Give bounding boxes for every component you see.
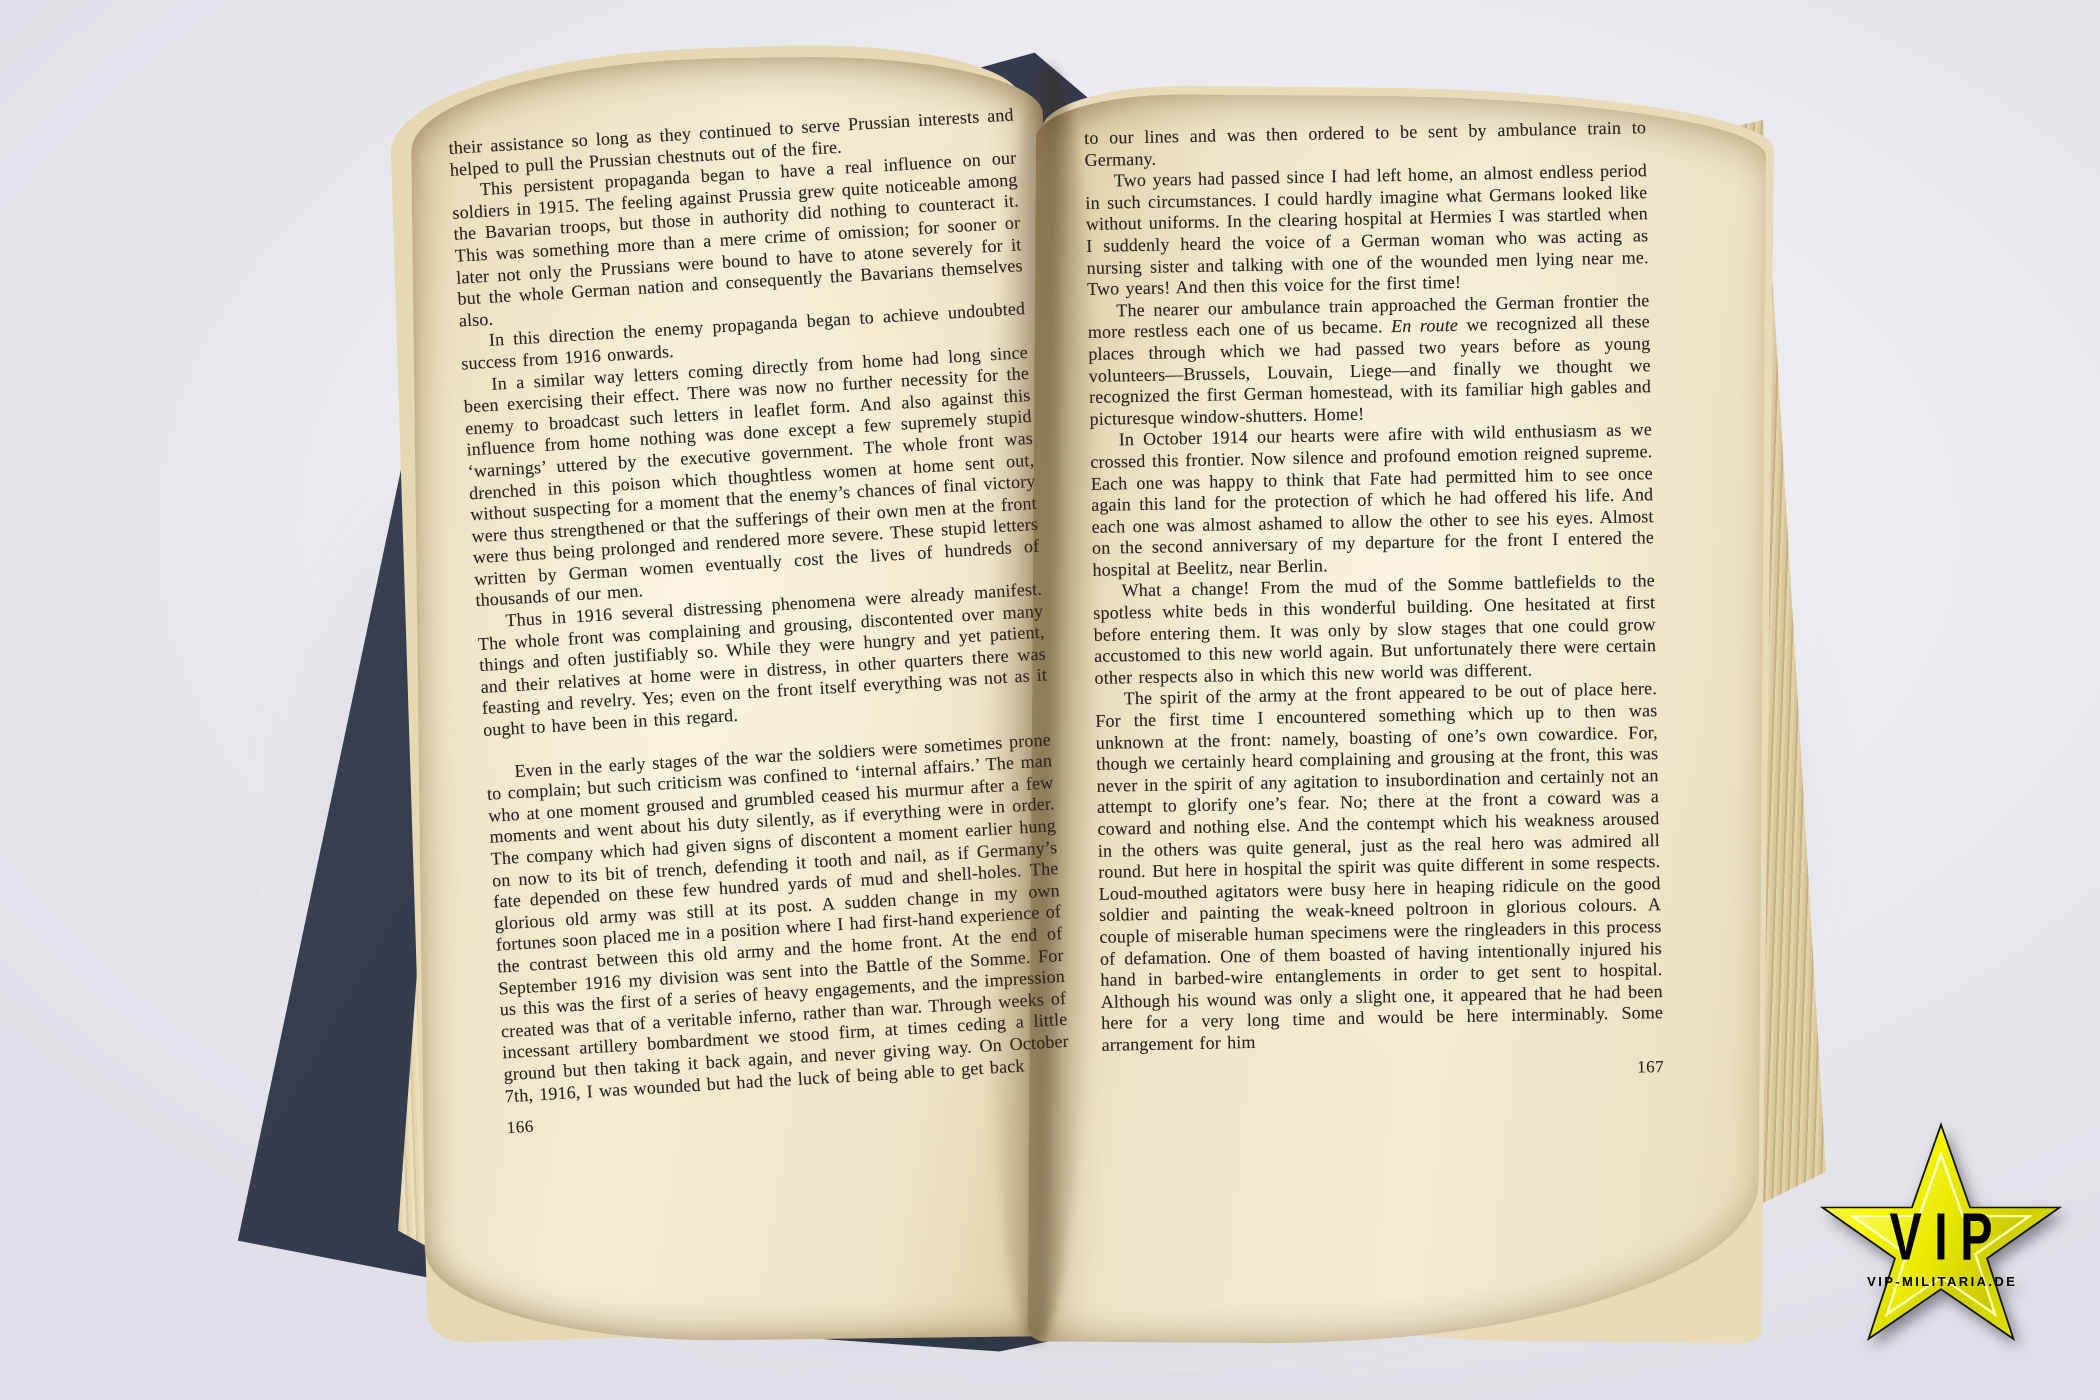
paragraph: What a change! From the mud of the Somme… bbox=[1093, 571, 1657, 690]
book-photo-scene: their assistance so long as they continu… bbox=[0, 0, 2100, 1400]
paragraph: The nearer our ambulance train approache… bbox=[1087, 290, 1651, 430]
paragraph: The spirit of the army at the front appe… bbox=[1095, 679, 1664, 1057]
watermark-title: VIP bbox=[1843, 1199, 2040, 1276]
italic-phrase: En route bbox=[1391, 315, 1458, 336]
paragraph: In a similar way letters coming directly… bbox=[462, 342, 1041, 613]
paragraph: Even in the early stages of the war the … bbox=[485, 729, 1070, 1107]
paragraph: Two years had passed since I had left ho… bbox=[1085, 160, 1649, 300]
left-page-text: their assistance so long as they continu… bbox=[448, 104, 1072, 1139]
watermark-subtitle: VIP-MILITARIA.DE bbox=[1815, 1274, 2067, 1289]
right-page-text: to our lines and was then ordered to be … bbox=[1084, 117, 1664, 1088]
paragraph: In October 1914 our hearts were afire wi… bbox=[1090, 419, 1655, 581]
vip-militaria-watermark: VIP VIP-MILITARIA.DE bbox=[1815, 1122, 2067, 1362]
